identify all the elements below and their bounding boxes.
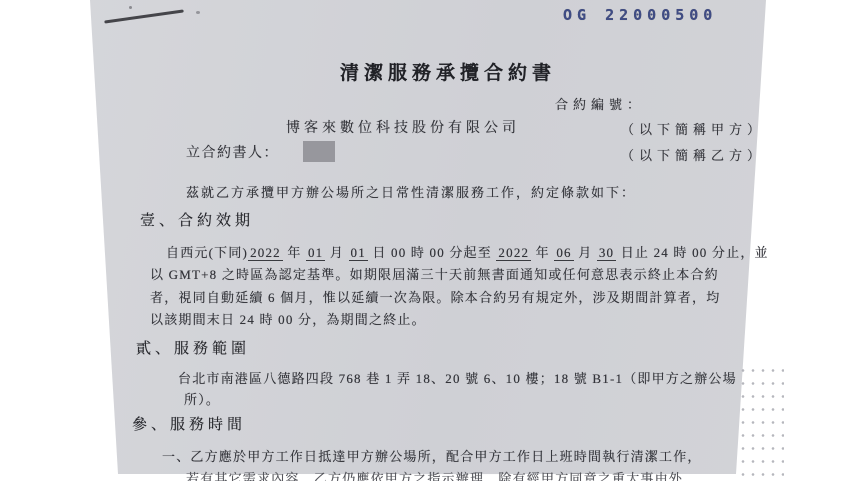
clause-text: 年: [283, 245, 306, 260]
underlined-start-day: 01: [349, 245, 368, 261]
party-a-name: 博客來數位科技股份有限公司: [286, 117, 520, 137]
section-3-heading: 參、服務時間: [132, 413, 246, 434]
party-b-name-redaction: [303, 141, 335, 162]
scanned-contract-photo: OG 22000500 清潔服務承攬合約書 合約編號： 博客來數位科技股份有限公…: [0, 0, 856, 481]
section-1-heading: 壹、合約效期: [140, 209, 254, 230]
underlined-end-year: 2022: [496, 245, 531, 261]
clause-text: 自西元(下同): [166, 245, 248, 260]
party-b-alias: （以下簡稱乙方）: [621, 145, 765, 164]
section-2-line-2: 所）。: [184, 389, 220, 408]
underlined-start-month: 01: [306, 245, 325, 261]
clause-text: 年: [531, 245, 554, 260]
document-title: 清潔服務承攬合約書: [340, 58, 556, 85]
section-3-item-1-line-1: 一、乙方應於甲方工作日抵達甲方辦公場所，配合甲方工作日上班時間執行清潔工作，: [162, 446, 702, 465]
pen-mark-dot: [196, 11, 200, 14]
section-1-line-2: 以 GMT+8 之時區為認定基準。如期限屆滿三十天前無書面通知或任何意思表示終止…: [150, 264, 719, 283]
section-3-item-1-line-2-clipped: 若有其它需求內容，乙方仍應依甲方之指示辦理，除有經甲方同意之重大事由外: [186, 468, 683, 481]
contract-number-label: 合約編號：: [555, 94, 645, 113]
signatory-label: 立合約書人：: [186, 142, 279, 162]
stamp-serial-number: OG 22000500: [563, 6, 717, 24]
section-2-heading: 貳、服務範圍: [136, 337, 250, 358]
clause-text: 日止 24 時 00 分止，並: [616, 245, 768, 260]
section-1-line-3: 者，視同自動延續 6 個月，惟以延續一次為限。除本合約另有規定外，涉及期間計算者…: [150, 287, 720, 306]
perforation-dots: [738, 364, 784, 481]
section-1-line-4: 以該期間末日 24 時 00 分，為期間之終止。: [150, 309, 426, 328]
party-a-alias: （以下簡稱甲方）: [621, 119, 765, 138]
clause-text: 月: [325, 245, 348, 260]
pen-mark-dot: [129, 6, 132, 9]
underlined-start-year: 2022: [248, 245, 283, 261]
clause-text: 日 00 時 00 分起至: [368, 245, 497, 260]
intro-clause: 茲就乙方承攬甲方辦公場所之日常性清潔服務工作，約定條款如下：: [186, 182, 636, 201]
underlined-end-day: 30: [597, 245, 616, 261]
underlined-end-month: 06: [554, 245, 573, 261]
clause-text: 月: [574, 245, 597, 260]
section-1-line-1: 自西元(下同)2022 年 01 月 01 日 00 時 00 分起至 2022…: [166, 242, 769, 261]
section-2-line-1: 台北市南港區八德路四段 768 巷 1 弄 18、20 號 6、10 樓；18 …: [178, 368, 737, 387]
